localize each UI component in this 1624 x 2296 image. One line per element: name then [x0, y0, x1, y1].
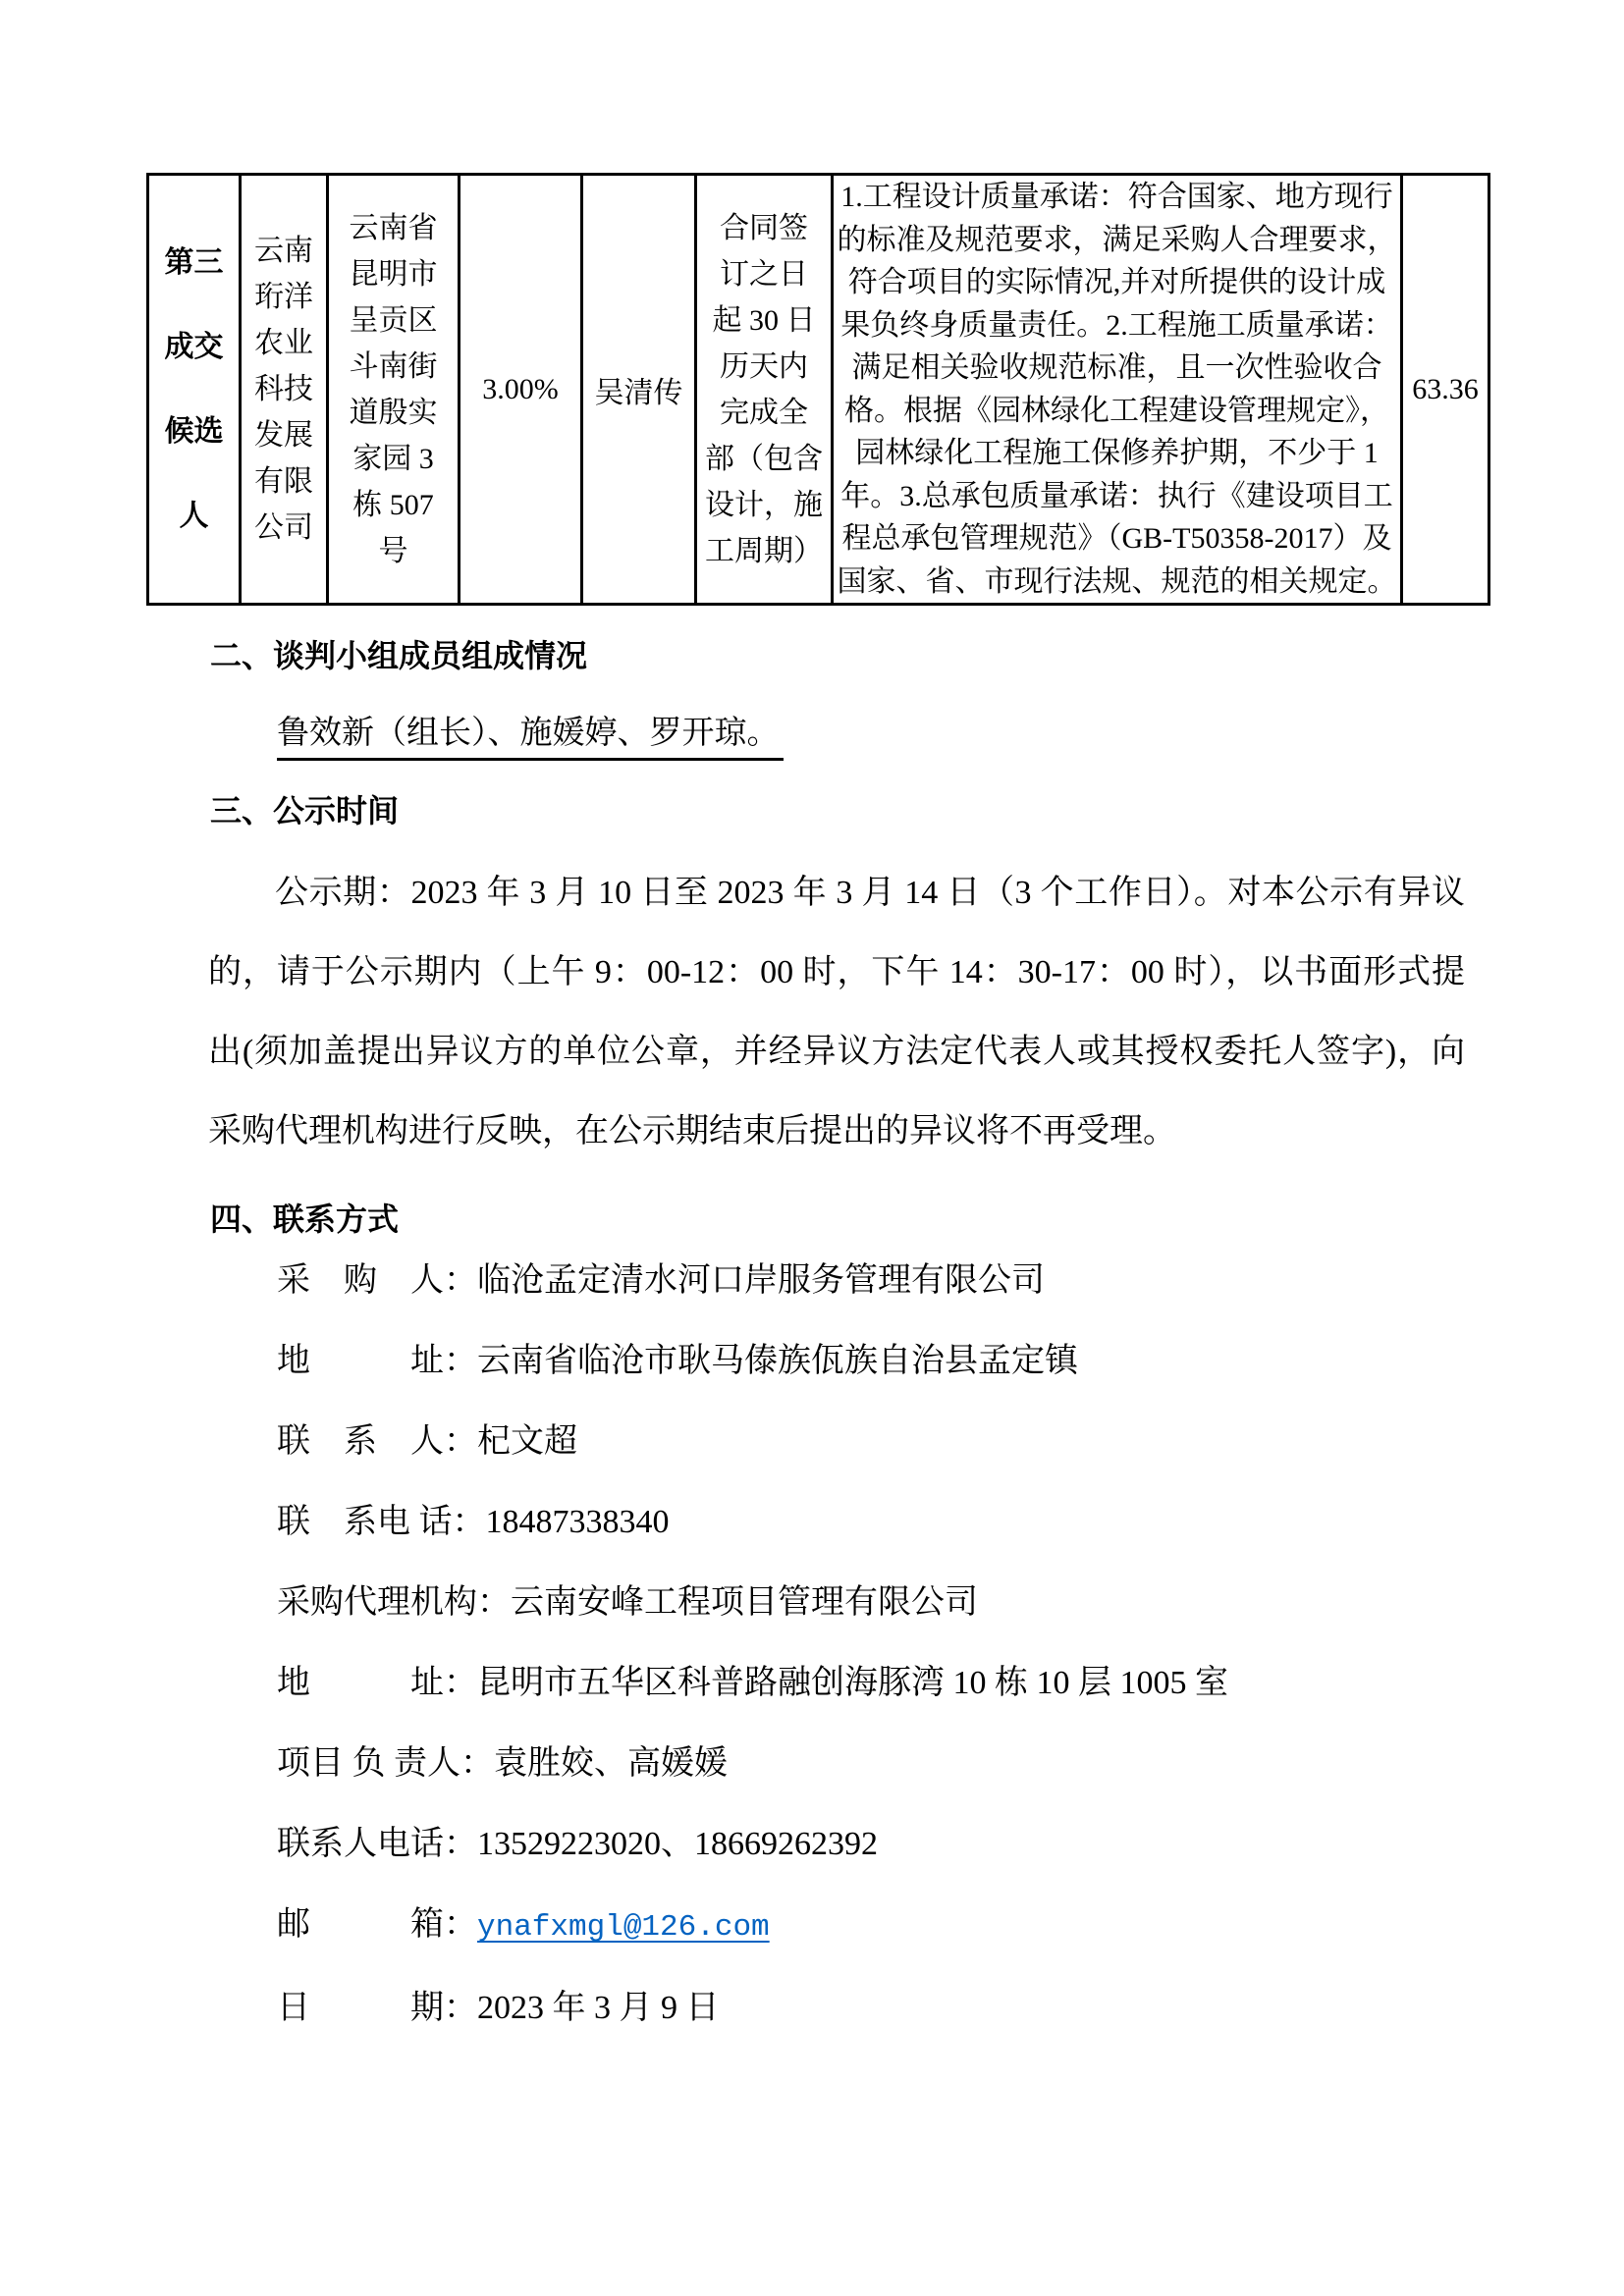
contact-label: 地 址： [277, 1343, 477, 1379]
contact-row-purchaser-address: 地 址：云南省临沧市耿马傣族佤族自治县孟定镇 [277, 1321, 1228, 1402]
contact-row-date: 日 期：2023 年 3 月 9 日 [277, 1968, 1228, 2049]
cell-supplier-address: 云南省 昆明市 呈贡区 斗南街 道殷实 家园 3 栋 507 号 [328, 175, 460, 605]
section-heading-publicity-time: 三、公示时间 [210, 791, 399, 830]
contact-row-agency: 采购代理机构：云南安峰工程项目管理有限公司 [277, 1563, 1228, 1643]
contact-label: 联系人电话： [277, 1826, 477, 1862]
contact-label: 采 购 人： [277, 1262, 477, 1299]
cell-score: 63.36 [1402, 175, 1489, 605]
cell-project-leader: 吴清传 [582, 175, 696, 605]
candidate-table-wrap: 第三 成交 候选 人 云南 珩洋 农业 科技 发展 有限 公司 云南省 昆明市 … [146, 173, 1488, 606]
contact-value: 13529223020、18669262392 [477, 1826, 878, 1862]
contact-label: 邮 箱： [277, 1906, 477, 1943]
contact-label: 联 系电 话： [277, 1504, 486, 1540]
publicity-period-paragraph: 公示期：2023 年 3 月 10 日至 2023 年 3 月 14 日（3 个… [208, 853, 1465, 1171]
contact-value: 18487338340 [486, 1504, 670, 1540]
contact-row-contact-person: 联 系 人：杞文超 [277, 1402, 1228, 1482]
cell-quality-commitment: 1.工程设计质量承诺：符合国家、地方现行的标准及规范要求，满足采购人合理要求，符… [833, 175, 1402, 605]
section-heading-contact-info: 四、联系方式 [210, 1200, 399, 1239]
contact-value: 2023 年 3 月 9 日 [477, 1990, 720, 2026]
document-page: 第三 成交 候选 人 云南 珩洋 农业 科技 发展 有限 公司 云南省 昆明市 … [0, 0, 1624, 2296]
email-link[interactable]: ynafxmgl@126.com [477, 1910, 770, 1945]
contact-value: 临沧孟定清水河口岸服务管理有限公司 [477, 1262, 1045, 1299]
contact-label: 项目 负 责人： [277, 1745, 494, 1782]
cell-quote-rate: 3.00% [460, 175, 582, 605]
section-heading-negotiation-team: 二、谈判小组成员组成情况 [210, 636, 587, 675]
contact-label: 采购代理机构： [277, 1584, 511, 1621]
cell-supplier-name: 云南 珩洋 农业 科技 发展 有限 公司 [241, 175, 328, 605]
contact-label: 日 期： [277, 1990, 477, 2026]
contact-value: 云南省临沧市耿马傣族佤族自治县孟定镇 [477, 1343, 1078, 1379]
contact-label: 地 址： [277, 1665, 477, 1701]
candidate-table: 第三 成交 候选 人 云南 珩洋 农业 科技 发展 有限 公司 云南省 昆明市 … [146, 173, 1490, 606]
contact-row-contact-phone: 联 系电 话：18487338340 [277, 1482, 1228, 1563]
contact-row-project-managers: 项目 负 责人：袁胜姣、高媛媛 [277, 1724, 1228, 1804]
cell-candidate-rank: 第三 成交 候选 人 [148, 175, 241, 605]
members-underlined-text: 鲁效新（组长）、施媛婷、罗开琼。 [277, 713, 784, 761]
table-row: 第三 成交 候选 人 云南 珩洋 农业 科技 发展 有限 公司 云南省 昆明市 … [148, 175, 1489, 605]
contact-row-purchaser: 采 购 人：临沧孟定清水河口岸服务管理有限公司 [277, 1241, 1228, 1321]
contact-row-manager-phones: 联系人电话：13529223020、18669262392 [277, 1804, 1228, 1885]
contact-value: 袁胜姣、高媛媛 [494, 1745, 728, 1782]
contact-list: 采 购 人：临沧孟定清水河口岸服务管理有限公司 地 址：云南省临沧市耿马傣族佤族… [277, 1241, 1228, 2049]
contact-row-agency-address: 地 址：昆明市五华区科普路融创海豚湾 10 栋 10 层 1005 室 [277, 1643, 1228, 1724]
contact-row-email: 邮 箱：ynafxmgl@126.com [277, 1885, 1228, 1968]
cell-contract-duration: 合同签 订之日 起 30 日 历天内 完成全 部（包含 设计，施 工周期） [696, 175, 833, 605]
contact-value: 云南安峰工程项目管理有限公司 [511, 1584, 978, 1621]
contact-label: 联 系 人： [277, 1423, 477, 1460]
contact-value: 杞文超 [477, 1423, 577, 1460]
negotiation-team-members: 鲁效新（组长）、施媛婷、罗开琼。 [277, 713, 784, 761]
contact-value: 昆明市五华区科普路融创海豚湾 10 栋 10 层 1005 室 [477, 1665, 1228, 1701]
